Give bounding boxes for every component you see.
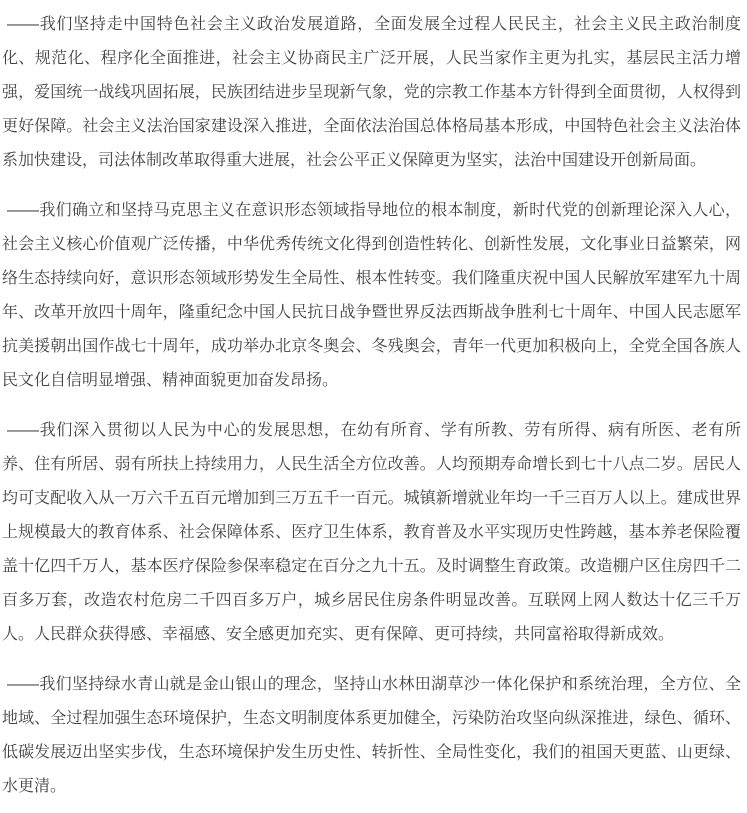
paragraph-people-livelihood: ——我们深入贯彻以人民为中心的发展思想，在幼有所育、学有所教、劳有所得、病有所医… bbox=[2, 414, 741, 652]
document-page: ——我们坚持走中国特色社会主义政治发展道路，全面发展全过程人民民主，社会主义民主… bbox=[0, 0, 747, 813]
paragraph-ideology-culture: ——我们确立和坚持马克思主义在意识形态领域指导地位的根本制度，新时代党的创新理论… bbox=[2, 194, 741, 398]
paragraph-political-development: ——我们坚持走中国特色社会主义政治发展道路，全面发展全过程人民民主，社会主义民主… bbox=[2, 8, 741, 178]
paragraph-ecological-civilization: ——我们坚持绿水青山就是金山银山的理念，坚持山水林田湖草沙一体化保护和系统治理，… bbox=[2, 668, 741, 804]
